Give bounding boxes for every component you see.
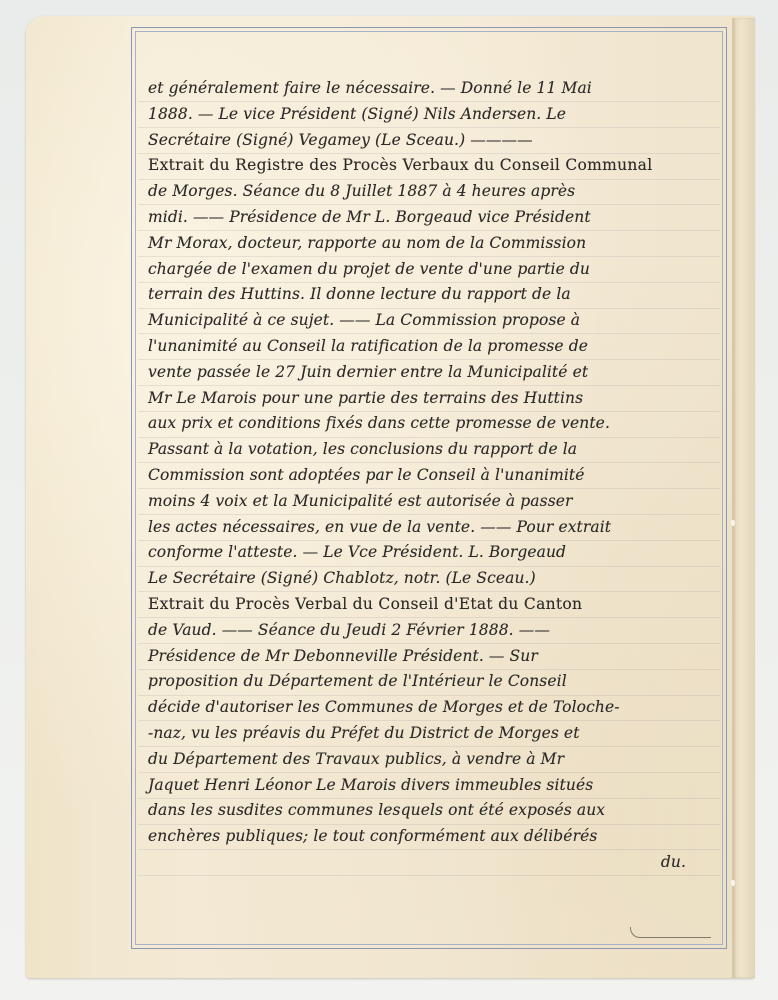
text-line: l'unanimité au Conseil la ratification d… bbox=[148, 334, 716, 360]
text-line: -naz, vu les préavis du Préfet du Distri… bbox=[148, 721, 716, 747]
text-line: terrain des Huttins. Il donne lecture du… bbox=[148, 282, 716, 308]
text-line: Jaquet Henri Léonor Le Marois divers imm… bbox=[148, 773, 716, 799]
text-line: midi. —— Présidence de Mr L. Borgeaud vi… bbox=[148, 205, 716, 231]
text-line: Commission sont adoptées par le Conseil … bbox=[148, 463, 716, 489]
text-line: du Département des Travaux publics, à ve… bbox=[148, 747, 716, 773]
text-line: Municipalité à ce sujet. —— La Commissio… bbox=[148, 308, 716, 334]
text-line: Mr Morax, docteur, rapporte au nom de la… bbox=[148, 231, 716, 257]
text-line: 1888. — Le vice Président (Signé) Nils A… bbox=[148, 102, 716, 128]
text-line: Le Secrétaire (Signé) Chablotz, notr. (L… bbox=[148, 566, 716, 592]
manuscript-text: et généralement faire le nécessaire. — D… bbox=[148, 76, 716, 876]
text-line: de Vaud. —— Séance du Jeudi 2 Février 18… bbox=[148, 618, 716, 644]
scanned-page: et généralement faire le nécessaire. — D… bbox=[0, 0, 778, 1000]
catchword-line: du. bbox=[148, 850, 716, 876]
text-line: décide d'autoriser les Communes de Morge… bbox=[148, 695, 716, 721]
text-line: chargée de l'examen du projet de vente d… bbox=[148, 257, 716, 283]
text-line: proposition du Département de l'Intérieu… bbox=[148, 669, 716, 695]
text-line: Passant à la votation, les conclusions d… bbox=[148, 437, 716, 463]
section-heading-line: Extrait du Procès Verbal du Conseil d'Et… bbox=[148, 592, 716, 618]
text-line: Présidence de Mr Debonneville Président.… bbox=[148, 644, 716, 670]
text-line: et généralement faire le nécessaire. — D… bbox=[148, 76, 716, 102]
text-line: conforme l'atteste. — Le Vce Président. … bbox=[148, 540, 716, 566]
section-heading-line: Extrait du Registre des Procès Verbaux d… bbox=[148, 153, 716, 179]
text-line: vente passée le 27 Juin dernier entre la… bbox=[148, 360, 716, 386]
closing-flourish bbox=[630, 927, 711, 938]
text-line: de Morges. Séance du 8 Juillet 1887 à 4 … bbox=[148, 179, 716, 205]
binding-edge bbox=[732, 18, 755, 978]
text-line: enchères publiques; le tout conformément… bbox=[148, 824, 716, 850]
text-line: les actes nécessaires, en vue de la vent… bbox=[148, 515, 716, 541]
binding-stitch-mark bbox=[731, 880, 735, 886]
text-line: aux prix et conditions fixés dans cette … bbox=[148, 411, 716, 437]
text-line: dans les susdites communes lesquels ont … bbox=[148, 798, 716, 824]
text-line: Mr Le Marois pour une partie des terrain… bbox=[148, 386, 716, 412]
text-line: Secrétaire (Signé) Vegamey (Le Sceau.) —… bbox=[148, 128, 716, 154]
text-line: moins 4 voix et la Municipalité est auto… bbox=[148, 489, 716, 515]
binding-stitch-mark bbox=[731, 520, 735, 526]
